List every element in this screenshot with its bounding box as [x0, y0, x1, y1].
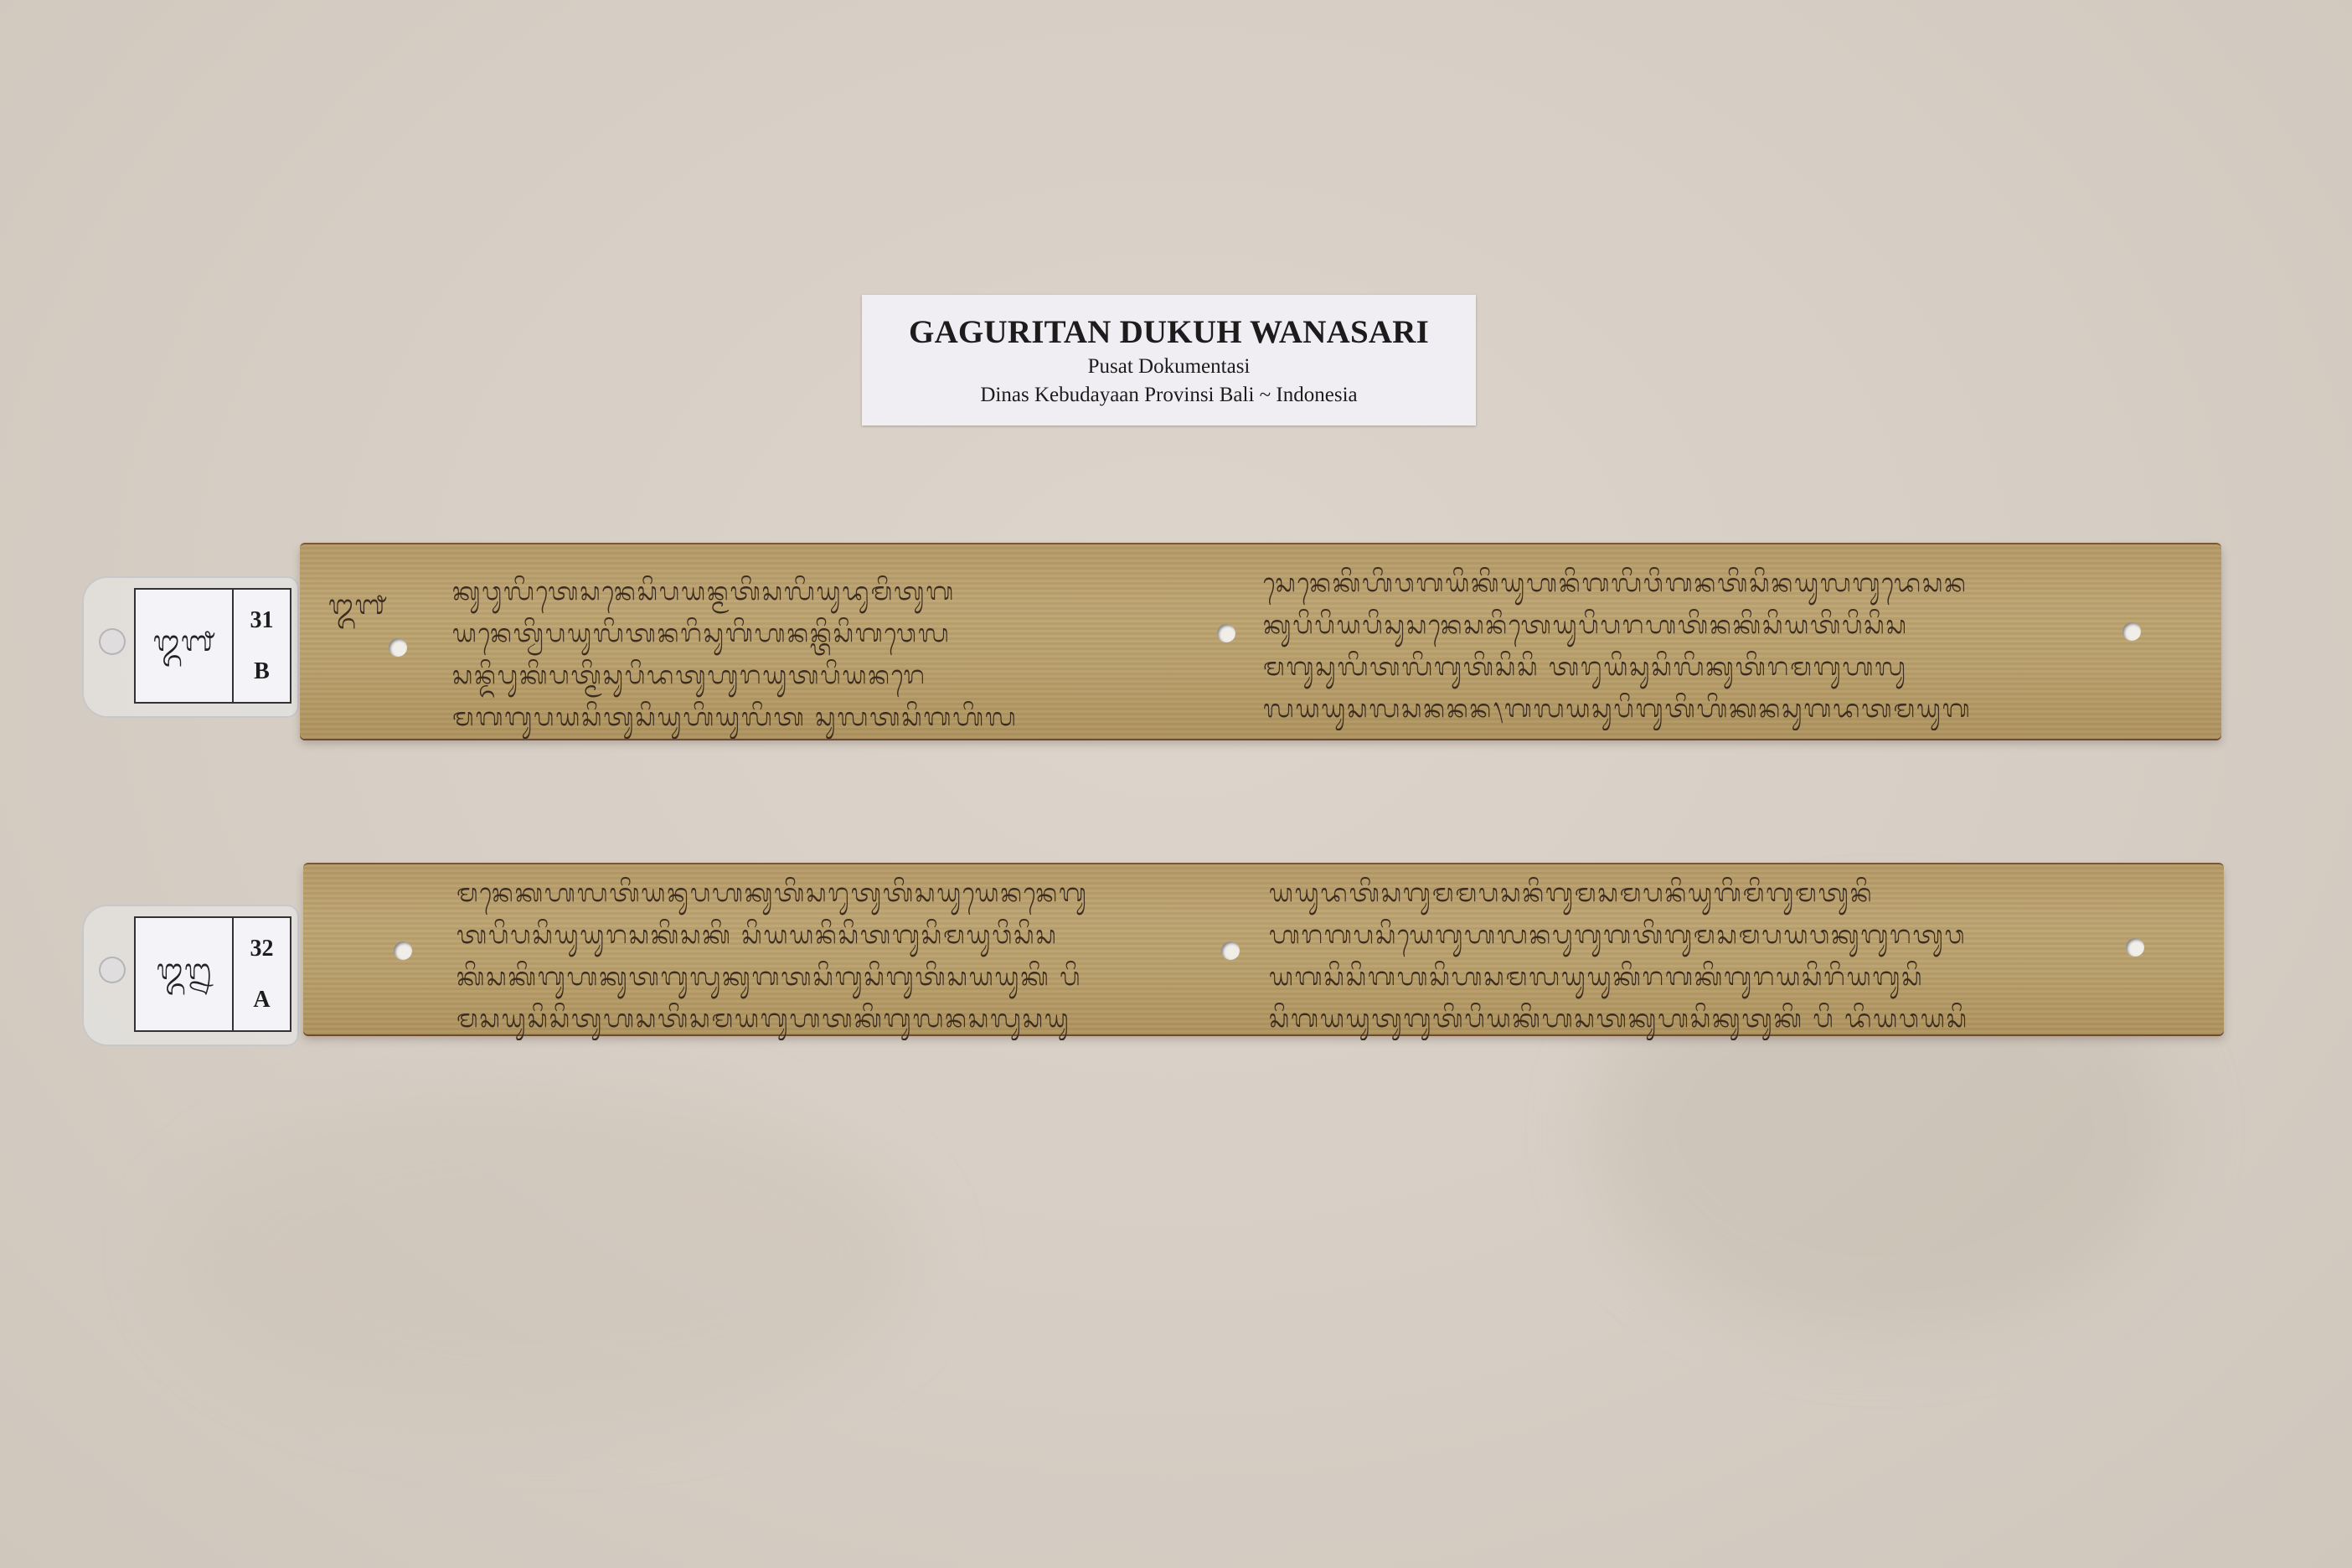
leaf-side: A	[253, 987, 270, 1014]
binding-hole-right	[2122, 622, 2141, 641]
manuscript-title: GAGURITAN DUKUH WANASARI	[862, 313, 1476, 351]
leaf-32a-right-text: ᬬᬬᬸᬤᬢᬶᬲᬕᬸᬫᬫᬧᬲᬦᬶᬕᬸᬫᬲᬫᬧᬦᬶᬬᬸᬕᬶᬫᬶᬕᬸᬫᬢᬸᬦᬶ ᬳᬭᬕ…	[1269, 873, 2090, 1040]
tag-card: ᭓᭒ 32 A	[134, 916, 291, 1032]
script-line: ᬬᬬᬸᬤᬢᬶᬲᬕᬸᬫᬫᬧᬲᬦᬶᬕᬸᬫᬲᬫᬧᬦᬶᬬᬸᬕᬶᬫᬶᬕᬸᬫᬢᬸᬦᬶ	[1269, 873, 2090, 915]
binding-hole-left	[394, 941, 412, 960]
leaf-31b-right-text: ᬲᬾᬦᬾᬓᬶᬳᬶᬯᬕᬬᬶᬓᬶᬬᬸᬳᬦᬶᬕᬮᬶᬯᬶᬕᬦᬢᬶᬲᬶᬦᬬᬸᬮᬕᬸᬤᬾᬲᬦ…	[1263, 563, 2101, 730]
script-line: ᬫᬦᬾᬓᬳᬮᬢᬶᬬᬦᬸᬧᬳᬓᬸᬢᬶᬲᬭᬸᬢᬸᬢᬶᬲᬬᬸᬬᬾᬦᬦᬾᬕᬸ	[456, 873, 1194, 915]
binding-hole-left	[389, 638, 407, 657]
institution-line-2: Dinas Kebudayaan Provinsi Bali ~ Indones…	[862, 383, 1476, 408]
script-line: ᬢᬧᬶᬧᬲᬶᬬᬸᬬᬸᬭᬲᬓᬶᬲᬓᬶ ᬲᬶᬬᬬᬦᬶᬲᬶᬢᬕᬸᬲᬶᬫᬬᬸᬯᬶᬲᬶᬲ	[456, 915, 1194, 957]
script-line: ᬫᬕᬸᬲᬸᬮᬶᬢᬮᬶᬕᬸᬢᬶᬲᬶᬲᬶ ᬢᬭᬸᬬᬶᬲᬸᬲᬶᬮᬶᬓᬸᬢᬶᬭᬫᬕᬸᬳᬮ…	[1263, 647, 2101, 689]
tag-card: ᭓᭑ 31 B	[134, 588, 291, 704]
leaf-31b-left-text: ᬓᬸᬯᬸᬮᬶᬢᬾᬲᬦᬾᬲᬶᬧᬬᬦ᭄ᬫᬢᬶᬲᬮᬶᬬᬸᬤᬸᬫᬶᬢᬸᬕ ᬬᬦᬾᬢ᭄ᬯᬶ…	[452, 571, 1181, 739]
binding-hole-center	[1217, 624, 1235, 642]
script-line: ᬓᬸᬯᬸᬮᬶᬢᬾᬲᬦᬾᬲᬶᬧᬬᬦ᭄ᬫᬢᬶᬲᬮᬶᬬᬸᬤᬸᬫᬶᬢᬸᬕ	[452, 571, 1181, 613]
leaf-number: 32	[250, 936, 274, 962]
institution-line-1: Pusat Dokumentasi	[862, 354, 1476, 379]
script-line: ᬓᬶᬲᬓᬶᬕᬸᬳᬓᬸᬢᬕᬸᬮᬸᬓᬸᬕᬢᬲᬶᬕᬸᬲᬶᬕᬸᬢᬶᬲᬬᬬᬸᬓᬶ ᬧᬶ	[456, 957, 1194, 998]
leaf-tag-32a: ᭓᭒ 32 A	[82, 905, 299, 1046]
script-line: ᬬᬕᬲᬶᬲᬶᬕᬳᬲᬶᬳᬲᬫᬮᬬᬸᬬᬸᬓᬶᬭᬕᬓᬶᬕᬸᬭᬬᬲᬶᬭᬶᬬᬕᬸᬲᬶ	[1269, 957, 2090, 998]
script-line: ᬲᬶᬕᬬᬬᬸᬢᬸᬕᬸᬢᬶᬧᬶᬬᬓᬶᬳᬲᬢᬓᬸᬳᬲᬶᬓᬸᬢᬸᬓᬶ ᬧᬶ ᬤᬶᬬᬯᬬ…	[1269, 998, 2090, 1040]
script-line: ᬲᬦ᭄ᬤᬶᬧᬸᬓᬶᬧᬢ᭄ᬫᬶᬲᬸᬧᬶᬤᬢᬸᬳᬸᬭᬬᬸᬢᬧᬶᬬᬦᬭᬾ	[452, 655, 1181, 697]
tag-hole	[99, 628, 126, 655]
leaf-tag-31b: ᭓᭑ 31 B	[82, 576, 299, 718]
leaf-page-mark: ᭓᭑	[328, 586, 386, 634]
script-line: ᬫᬲᬬᬸᬲᬶᬲᬶᬢᬸᬳᬲᬢᬶᬲᬫᬬᬕᬸᬳᬢᬓᬶᬕᬸᬮᬦᬲᬮᬸᬲᬬᬸ	[456, 998, 1194, 1040]
script-line: ᬲᬾᬦᬾᬓᬶᬳᬶᬯᬕᬬᬶᬓᬶᬬᬸᬳᬦᬶᬕᬮᬶᬯᬶᬕᬦᬢᬶᬲᬶᬦᬬᬸᬮᬕᬸᬤᬾᬲᬦ	[1263, 563, 2101, 605]
script-line: ᬮᬬᬬᬸᬲᬮᬲᬦᬦᬦ᭞ᬕᬮᬬᬲᬸᬧᬶᬕᬸᬢᬶᬳᬶᬓᬦᬲᬸᬕᬤᬢᬫᬬᬸᬕ	[1263, 689, 2101, 730]
leaf-side: B	[254, 658, 270, 685]
script-line: ᬓᬸᬧᬶᬧᬶᬬᬧᬶᬲᬸᬲᬦᬾᬲᬦᬶᬢᬾᬬᬸᬧᬶᬧᬭᬳᬢᬶᬦᬓᬶᬲᬶᬬᬢᬶᬧᬶᬲᬶ…	[1263, 605, 2101, 647]
balinese-numeral: ᭓᭒	[136, 918, 234, 1030]
leaf-number: 31	[250, 607, 274, 634]
leaf-32a-left-text: ᬫᬦᬾᬓᬳᬮᬢᬶᬬᬦᬸᬧᬳᬓᬸᬢᬶᬲᬭᬸᬢᬸᬢᬶᬲᬬᬸᬬᬾᬦᬦᬾᬕᬸ ᬢᬧᬶᬧᬲ…	[456, 873, 1194, 1040]
script-line: ᬳᬭᬕᬧᬲᬶᬬᬾᬕᬸᬳᬮᬦᬧᬸᬕᬸᬕᬢᬶᬕᬸᬫᬲᬫᬧᬬᬯᬓᬸᬕᬸᬭᬢᬸᬯ	[1269, 915, 2090, 957]
script-line: ᬬᬦᬾᬢ᭄ᬯᬶᬧᬬᬸᬮᬶᬢᬦᬭᬶᬲᬸᬕᬶᬳᬦᬦ᭄ᬢᬶᬲᬶᬕᬯᬾᬮ	[452, 613, 1181, 655]
tag-hole	[99, 957, 126, 983]
binding-hole-right	[2126, 938, 2144, 957]
collection-title-label: GAGURITAN DUKUH WANASARI Pusat Dokumenta…	[862, 295, 1476, 426]
balinese-numeral: ᭓᭑	[136, 590, 234, 702]
binding-hole-center	[1221, 941, 1240, 960]
paper-stain	[168, 1089, 921, 1424]
script-line: ᬫᬕᬕᬸᬧᬬᬲᬶᬢᬸᬲᬶᬬᬸᬳᬶᬬᬸᬮᬶᬢ ᬲᬸᬮᬢᬲᬶᬕᬳᬶᬮ	[452, 697, 1181, 739]
